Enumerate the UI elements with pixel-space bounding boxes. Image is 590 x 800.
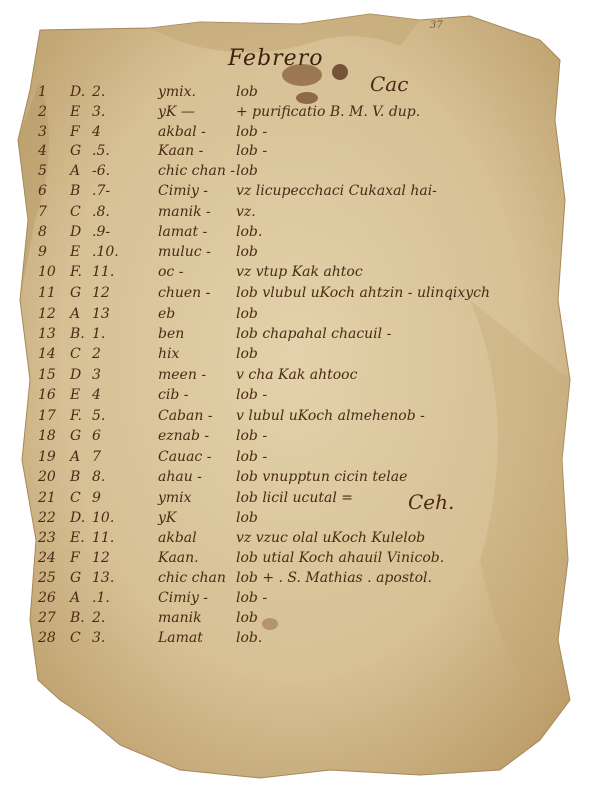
entry-row: 10F.11.oc -vz vtup Kak ahtoc xyxy=(0,264,590,286)
entry-row: 12A13eblob xyxy=(0,306,590,328)
entry-row: 25G13.chic chanlob + . S. Mathias . apos… xyxy=(0,570,590,592)
ink-stain xyxy=(332,64,348,80)
entry-row: 1D.2.ymix.lob xyxy=(0,84,590,106)
entry-row: 27B.2.maniklob xyxy=(0,610,590,632)
manuscript-page: 37 Febrero Cac Ceh. 1D.2.ymix.lob 2E3.yK… xyxy=(0,0,590,800)
entry-row: 5A-6.chic chan -lob xyxy=(0,163,590,185)
entry-row: 21C9ymixlob licil ucutal = xyxy=(0,490,590,512)
entry-row: 11G12chuen -lob vlubul uKoch ahtzin - ul… xyxy=(0,285,590,307)
entry-row: 7C.8.manik -vz. xyxy=(0,204,590,226)
entry-row: 24F12Kaan.lob utial Koch ahauil Vinicob. xyxy=(0,550,590,572)
entry-row: 18G6eznab -lob - xyxy=(0,428,590,450)
entry-row: 26A.1.Cimiy -lob - xyxy=(0,590,590,612)
entry-row: 23E.11.akbalvz vzuc olal uKoch Kulelob xyxy=(0,530,590,552)
entry-row: 2E3.yK —+ purificatio B. M. V. dup. xyxy=(0,104,590,126)
entry-row: 19A7Cauac -lob - xyxy=(0,449,590,471)
entry-row: 16E4cib -lob - xyxy=(0,387,590,409)
entry-row: 13B.1.benlob chapahal chacuil - xyxy=(0,326,590,348)
entry-row: 22D.10.yKlob xyxy=(0,510,590,532)
entry-row: 8D.9-lamat -lob. xyxy=(0,224,590,246)
entry-row: 9E.10.muluc -lob xyxy=(0,244,590,266)
entry-row: 6B.7-Cimiy -vz licupecchaci Cukaxal hai- xyxy=(0,183,590,205)
month-heading: Febrero xyxy=(228,46,323,71)
entry-row: 28C3.Lamatlob. xyxy=(0,630,590,652)
folio-number: 37 xyxy=(430,20,443,31)
entry-row: 15D3meen -v cha Kak ahtooc xyxy=(0,367,590,389)
entry-row: 4G.5.Kaan -lob - xyxy=(0,143,590,165)
entry-row: 17F.5.Caban -v lubul uKoch almehenob - xyxy=(0,408,590,430)
entry-row: 20B8.ahau -lob vnupptun cicin telae xyxy=(0,469,590,491)
entry-row: 14C2hixlob xyxy=(0,346,590,368)
